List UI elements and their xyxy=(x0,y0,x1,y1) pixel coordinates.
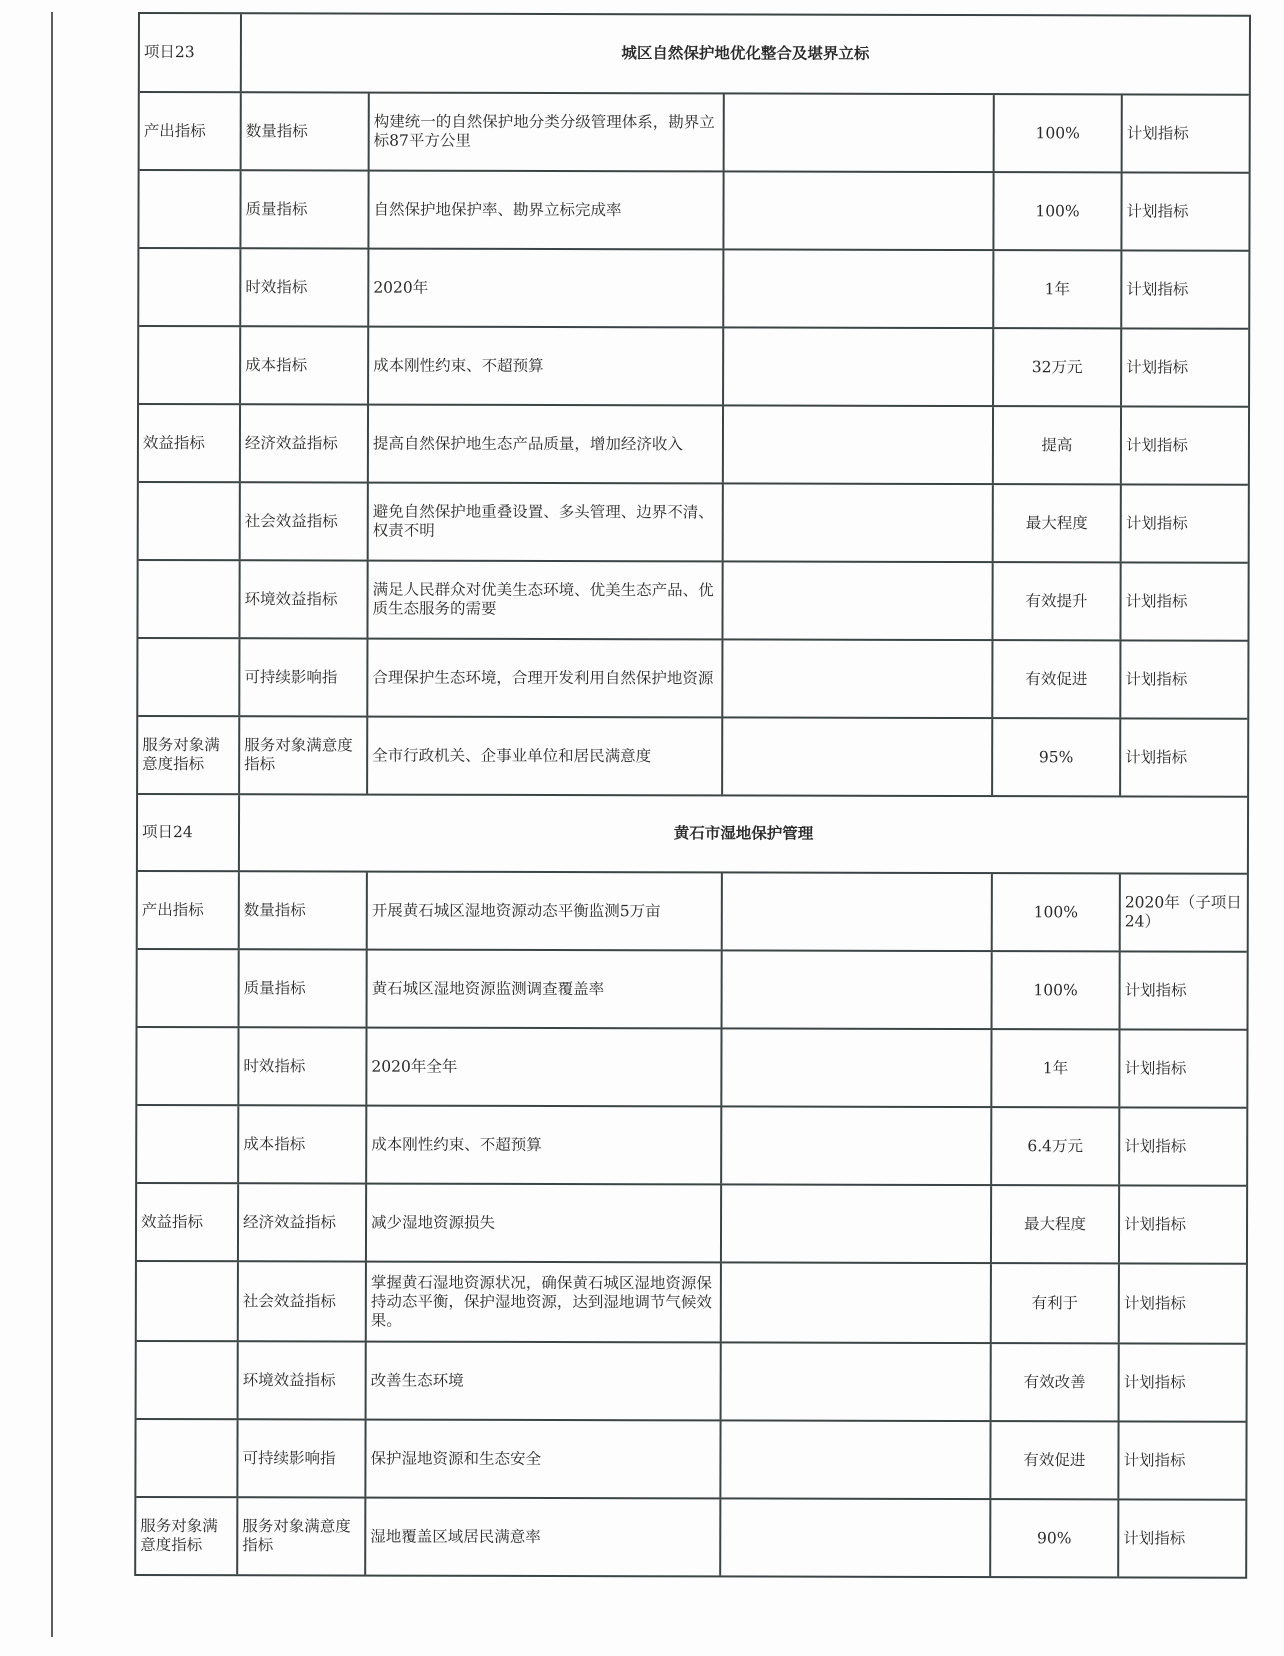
blank-cell xyxy=(723,94,993,171)
note-cell: 计划指标 xyxy=(1117,1500,1245,1576)
category-cell: 产出指标 xyxy=(138,872,238,948)
indicator-cell: 质量指标 xyxy=(238,950,366,1026)
value-cell: 有效提升 xyxy=(991,563,1119,639)
value-cell: 100% xyxy=(993,95,1121,171)
table-row: 质量指标自然保护地保护率、勘界立标完成率100%计划指标 xyxy=(139,169,1248,250)
binding-margin-line xyxy=(51,12,53,1637)
table-row: 时效指标2020年全年1年计划指标 xyxy=(137,1026,1246,1107)
note-cell: 计划指标 xyxy=(1120,485,1248,561)
indicator-cell: 数量指标 xyxy=(240,93,368,169)
note-cell: 计划指标 xyxy=(1118,1108,1246,1184)
table-row: 效益指标经济效益指标提高自然保护地生态产品质量，增加经济收入提高计划指标 xyxy=(139,403,1248,484)
content-cell: 自然保护地保护率、勘界立标完成率 xyxy=(367,172,722,249)
content-cell: 2020年全年 xyxy=(365,1029,720,1106)
value-cell: 95% xyxy=(991,719,1119,795)
category-cell xyxy=(138,950,238,1026)
indicator-cell: 成本指标 xyxy=(237,1106,365,1182)
blank-cell xyxy=(719,1421,989,1498)
value-cell: 6.4万元 xyxy=(990,1108,1118,1184)
category-cell xyxy=(137,1342,237,1418)
note-cell: 计划指标 xyxy=(1120,407,1248,483)
value-cell: 提高 xyxy=(992,407,1120,483)
value-cell: 1年 xyxy=(990,1030,1118,1106)
category-cell xyxy=(138,639,238,715)
note-cell: 计划指标 xyxy=(1119,719,1247,795)
category-cell: 服务对象满意度指标 xyxy=(138,717,238,793)
indicator-cell: 可持续影响指 xyxy=(236,1420,364,1496)
note-cell: 计划指标 xyxy=(1118,1264,1246,1342)
blank-cell xyxy=(722,328,992,405)
category-cell: 效益指标 xyxy=(139,405,239,481)
indicator-cell: 经济效益指标 xyxy=(239,405,367,481)
category-cell xyxy=(139,327,239,403)
blank-cell xyxy=(720,1185,990,1262)
table-row: 成本指标成本刚性约束、不超预算32万元计划指标 xyxy=(139,325,1248,406)
content-cell: 减少湿地资源损失 xyxy=(365,1185,720,1262)
note-cell: 计划指标 xyxy=(1119,952,1247,1028)
note-cell: 计划指标 xyxy=(1119,563,1247,639)
category-cell xyxy=(137,1028,237,1104)
category-cell xyxy=(137,1106,237,1182)
value-cell: 90% xyxy=(989,1500,1117,1576)
blank-cell xyxy=(722,172,992,249)
content-cell: 改善生态环境 xyxy=(365,1343,720,1420)
table-row: 成本指标成本刚性约束、不超预算6.4万元计划指标 xyxy=(137,1104,1246,1185)
note-cell: 计划指标 xyxy=(1120,329,1248,405)
blank-cell xyxy=(721,562,991,639)
blank-cell xyxy=(720,1107,990,1184)
category-cell: 产出指标 xyxy=(140,93,240,169)
note-cell: 计划指标 xyxy=(1120,173,1248,249)
table-row: 质量指标黄石城区湿地资源监测调查覆盖率100%计划指标 xyxy=(138,948,1247,1029)
category-cell: 效益指标 xyxy=(137,1184,237,1260)
table-row: 可持续影响指保护湿地资源和生态安全有效促进计划指标 xyxy=(136,1418,1245,1499)
content-cell: 满足人民群众对优美生态环境、优美生态产品、优质生态服务的需要 xyxy=(366,562,721,639)
category-cell: 服务对象满意度指标 xyxy=(136,1498,236,1574)
table-row: 效益指标经济效益指标减少湿地资源损失最大程度计划指标 xyxy=(137,1182,1246,1263)
note-cell: 计划指标 xyxy=(1121,95,1249,171)
content-cell: 黄石城区湿地资源监测调查覆盖率 xyxy=(366,951,721,1028)
table-row: 产出指标数量指标构建统一的自然保护地分类分级管理体系，勘界立标87平方公里100… xyxy=(140,91,1249,172)
category-cell xyxy=(137,1262,237,1340)
project-title: 黄石市湿地保护管理 xyxy=(238,795,1247,872)
project-title: 城区自然保护地优化整合及堪界立标 xyxy=(240,14,1249,93)
note-cell: 计划指标 xyxy=(1118,1186,1246,1262)
table-row: 产出指标数量指标开展黄石城区湿地资源动态平衡监测5万亩100%2020年（子项日… xyxy=(138,870,1247,951)
content-cell: 避免自然保护地重叠设置、多头管理、边界不清、权责不明 xyxy=(367,484,722,561)
blank-cell xyxy=(721,640,991,717)
blank-cell xyxy=(720,1263,990,1342)
indicator-cell: 时效指标 xyxy=(237,1028,365,1104)
project-header-row: 项日23城区自然保护地优化整合及堪界立标 xyxy=(140,14,1249,94)
project-number: 项日24 xyxy=(138,795,238,870)
value-cell: 有效改善 xyxy=(990,1344,1118,1420)
blank-cell xyxy=(720,1343,990,1420)
value-cell: 最大程度 xyxy=(990,1186,1118,1262)
note-cell: 2020年（子项日24） xyxy=(1119,874,1247,950)
project-number: 项日23 xyxy=(140,14,240,91)
indicator-cell: 社会效益指标 xyxy=(237,1262,365,1340)
blank-cell xyxy=(722,250,992,327)
table-row: 服务对象满意度指标服务对象满意度指标全市行政机关、企事业单位和居民满意度95%计… xyxy=(138,715,1247,796)
note-cell: 计划指标 xyxy=(1117,1422,1245,1498)
value-cell: 100% xyxy=(992,173,1120,249)
content-cell: 全市行政机关、企事业单位和居民满意度 xyxy=(366,718,721,795)
table-row: 环境效益指标改善生态环境有效改善计划指标 xyxy=(137,1340,1246,1421)
content-cell: 提高自然保护地生态产品质量，增加经济收入 xyxy=(367,406,722,483)
note-cell: 计划指标 xyxy=(1118,1344,1246,1420)
value-cell: 100% xyxy=(991,874,1119,950)
category-cell xyxy=(136,1420,236,1496)
note-cell: 计划指标 xyxy=(1119,641,1247,717)
blank-cell xyxy=(721,718,991,795)
indicator-cell: 时效指标 xyxy=(239,249,367,325)
note-cell: 计划指标 xyxy=(1120,251,1248,327)
indicator-cell: 质量指标 xyxy=(239,171,367,247)
value-cell: 有利于 xyxy=(990,1264,1118,1342)
blank-cell xyxy=(721,951,991,1028)
project-header-row: 项日24黄石市湿地保护管理 xyxy=(138,793,1247,873)
note-cell: 计划指标 xyxy=(1118,1030,1246,1106)
value-cell: 1年 xyxy=(992,251,1120,327)
indicator-cell: 数量指标 xyxy=(238,872,366,948)
category-cell xyxy=(139,483,239,559)
table-row: 社会效益指标避免自然保护地重叠设置、多头管理、边界不清、权责不明最大程度计划指标 xyxy=(139,481,1248,562)
blank-cell xyxy=(720,1029,990,1106)
indicator-cell: 成本指标 xyxy=(239,327,367,403)
blank-cell xyxy=(722,484,992,561)
content-cell: 开展黄石城区湿地资源动态平衡监测5万亩 xyxy=(366,873,721,950)
value-cell: 有效促进 xyxy=(991,641,1119,717)
indicator-cell: 可持续影响指 xyxy=(238,639,366,715)
content-cell: 成本刚性约束、不超预算 xyxy=(367,328,722,405)
category-cell xyxy=(139,249,239,325)
table-row: 社会效益指标掌握黄石湿地资源状况，确保黄石城区湿地资源保持动态平衡，保护湿地资源… xyxy=(137,1260,1246,1343)
content-cell: 保护湿地资源和生态安全 xyxy=(364,1421,719,1498)
content-cell: 合理保护生态环境，合理开发利用自然保护地资源 xyxy=(366,640,721,717)
value-cell: 有效促进 xyxy=(989,1422,1117,1498)
content-cell: 构建统一的自然保护地分类分级管理体系，勘界立标87平方公里 xyxy=(368,94,723,171)
category-cell xyxy=(138,561,238,637)
category-cell xyxy=(139,171,239,247)
blank-cell xyxy=(719,1499,989,1576)
indicator-cell: 环境效益指标 xyxy=(238,561,366,637)
indicator-cell: 经济效益指标 xyxy=(237,1184,365,1260)
table-row: 环境效益指标满足人民群众对优美生态环境、优美生态产品、优质生态服务的需要有效提升… xyxy=(138,559,1247,640)
performance-indicator-table: 项日23城区自然保护地优化整合及堪界立标产出指标数量指标构建统一的自然保护地分类… xyxy=(134,12,1251,1579)
content-cell: 湿地覆盖区域居民满意率 xyxy=(364,1499,719,1576)
value-cell: 最大程度 xyxy=(992,485,1120,561)
table-row: 时效指标2020年1年计划指标 xyxy=(139,247,1248,328)
content-cell: 成本刚性约束、不超预算 xyxy=(365,1107,720,1184)
table-row: 服务对象满意度指标服务对象满意度指标湿地覆盖区域居民满意率90%计划指标 xyxy=(136,1496,1245,1577)
indicator-cell: 社会效益指标 xyxy=(239,483,367,559)
content-cell: 2020年 xyxy=(367,250,722,327)
blank-cell xyxy=(722,406,992,483)
indicator-cell: 服务对象满意度指标 xyxy=(236,1498,364,1574)
indicator-cell: 环境效益指标 xyxy=(237,1342,365,1418)
blank-cell xyxy=(721,873,991,950)
table-row: 可持续影响指合理保护生态环境，合理开发利用自然保护地资源有效促进计划指标 xyxy=(138,637,1247,718)
value-cell: 100% xyxy=(991,952,1119,1028)
indicator-cell: 服务对象满意度指标 xyxy=(238,717,366,793)
value-cell: 32万元 xyxy=(992,329,1120,405)
content-cell: 掌握黄石湿地资源状况，确保黄石城区湿地资源保持动态平衡，保护湿地资源，达到湿地调… xyxy=(365,1263,720,1342)
